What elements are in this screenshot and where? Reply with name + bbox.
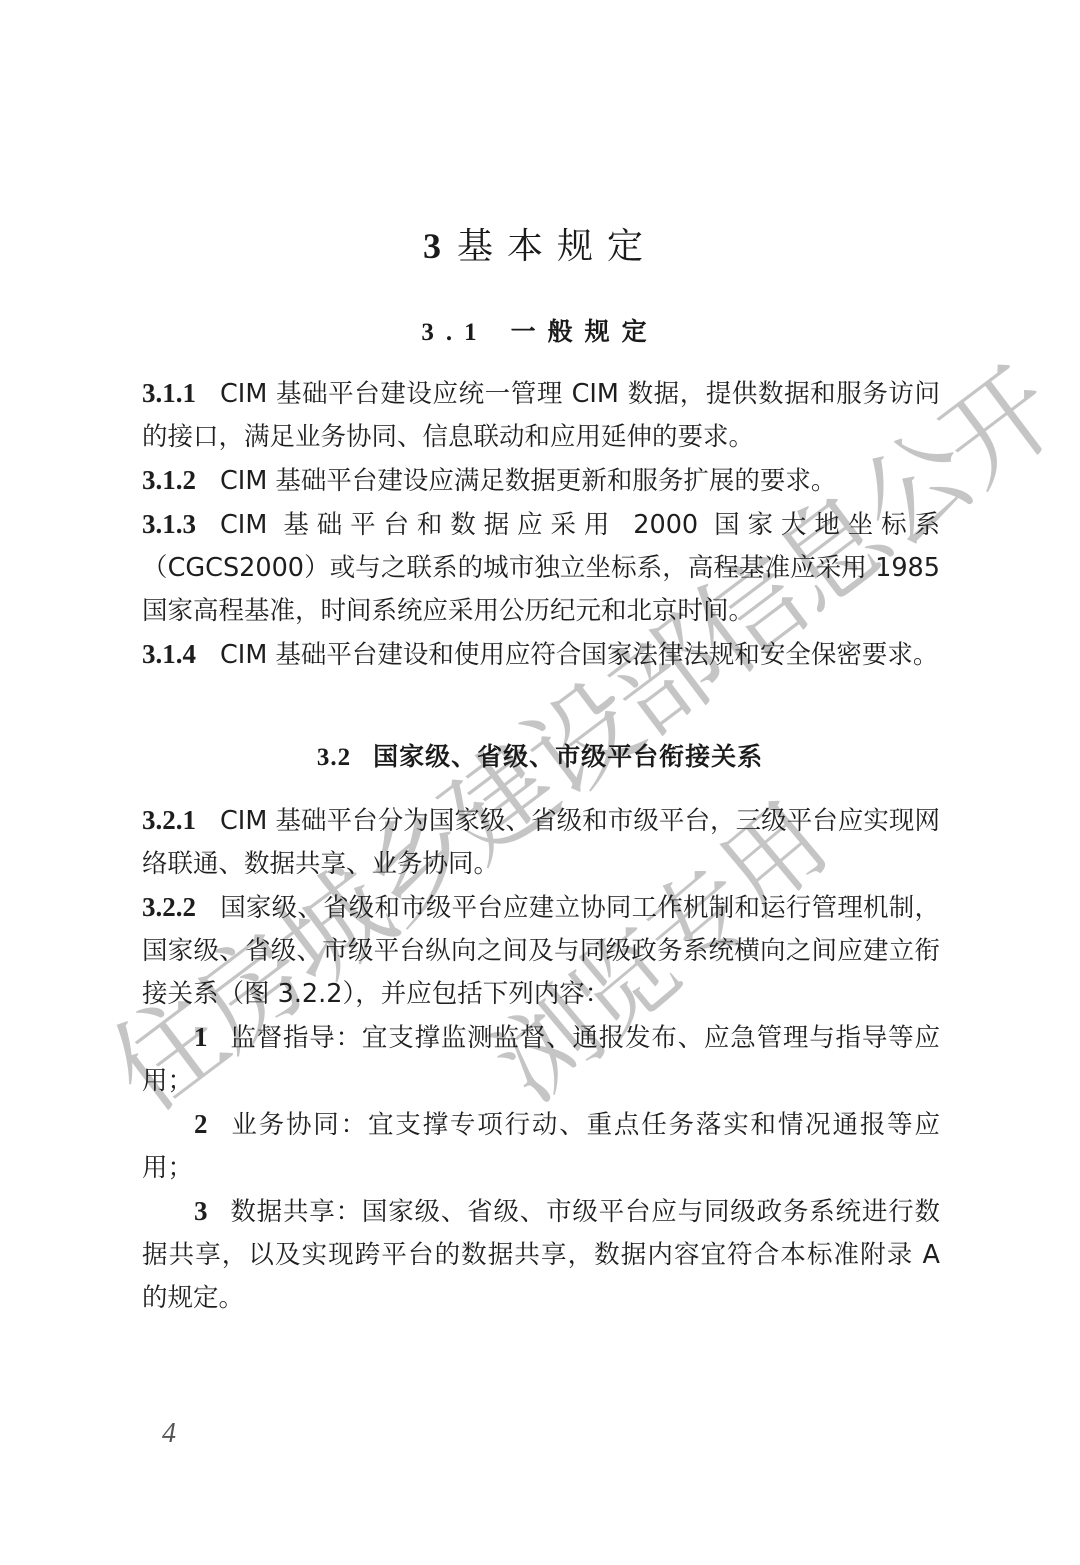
clause-3-1-1: 3.1.1CIM 基础平台建设应统一管理 CIM 数据，提供数据和服务访问的接口… — [142, 372, 940, 459]
clause-text: CIM 基础平台和数据应采用 2000 国家大地坐标系（CGCS2000）或与之… — [142, 510, 940, 626]
section-3-1-body: 3.1.1CIM 基础平台建设应统一管理 CIM 数据，提供数据和服务访问的接口… — [142, 372, 940, 677]
list-item-3: 3数据共享：国家级、省级、市级平台应与同级政务系统进行数据共享，以及实现跨平台的… — [142, 1190, 940, 1320]
chapter-title-text: 基本规定 — [457, 226, 657, 267]
item-number: 2 — [194, 1109, 208, 1139]
clause-number: 3.2.1 — [142, 805, 196, 835]
chapter-title: 3基本规定 — [0, 218, 1080, 269]
clause-text: 国家级、省级和市级平台应建立协同工作机制和运行管理机制，国家级、省级、市级平台纵… — [142, 893, 940, 1009]
section-3-2-body: 3.2.1CIM 基础平台分为国家级、省级和市级平台，三级平台应实现网络联通、数… — [142, 799, 940, 1320]
item-text: 业务协同：宜支撑专项行动、重点任务落实和情况通报等应用； — [142, 1110, 940, 1183]
item-text: 监督指导：宜支撑监测监督、通报发布、应急管理与指导等应用； — [142, 1023, 940, 1096]
document-page: 住房城乡建设部信息公开 浏览专用 3基本规定 3.1一般规定 3.1.1CIM … — [0, 0, 1080, 1565]
clause-text: CIM 基础平台分为国家级、省级和市级平台，三级平台应实现网络联通、数据共享、业… — [142, 806, 940, 879]
list-item-2: 2业务协同：宜支撑专项行动、重点任务落实和情况通报等应用； — [142, 1103, 940, 1190]
clause-text: CIM 基础平台建设应统一管理 CIM 数据，提供数据和服务访问的接口，满足业务… — [142, 379, 940, 452]
page-number: 4 — [162, 1418, 176, 1450]
section-number: 3.1 — [421, 319, 488, 346]
section-title-text: 一般规定 — [511, 317, 659, 346]
section-title-3-2: 3.2国家级、省级、市级平台衔接关系 — [0, 737, 1080, 773]
clause-number: 3.1.3 — [142, 509, 196, 539]
item-text: 数据共享：国家级、省级、市级平台应与同级政务系统进行数据共享，以及实现跨平台的数… — [142, 1197, 940, 1313]
section-title-3-1: 3.1一般规定 — [0, 312, 1080, 348]
clause-number: 3.1.4 — [142, 639, 196, 669]
section-title-text: 国家级、省级、市级平台衔接关系 — [373, 742, 763, 771]
list-item-1: 1监督指导：宜支撑监测监督、通报发布、应急管理与指导等应用； — [142, 1016, 940, 1103]
item-number: 1 — [194, 1022, 208, 1052]
clause-3-1-4: 3.1.4CIM 基础平台建设和使用应符合国家法律法规和安全保密要求。 — [142, 633, 940, 677]
chapter-number: 3 — [423, 226, 441, 266]
clause-3-2-2: 3.2.2国家级、省级和市级平台应建立协同工作机制和运行管理机制，国家级、省级、… — [142, 886, 940, 1016]
clause-text: CIM 基础平台建设和使用应符合国家法律法规和安全保密要求。 — [220, 640, 938, 670]
item-number: 3 — [194, 1196, 208, 1226]
clause-number: 3.1.2 — [142, 465, 196, 495]
clause-3-1-2: 3.1.2CIM 基础平台建设应满足数据更新和服务扩展的要求。 — [142, 459, 940, 503]
section-number: 3.2 — [317, 744, 351, 771]
clause-number: 3.1.1 — [142, 378, 196, 408]
clause-number: 3.2.2 — [142, 892, 196, 922]
clause-text: CIM 基础平台建设应满足数据更新和服务扩展的要求。 — [220, 466, 836, 496]
clause-3-2-1: 3.2.1CIM 基础平台分为国家级、省级和市级平台，三级平台应实现网络联通、数… — [142, 799, 940, 886]
clause-3-1-3: 3.1.3CIM 基础平台和数据应采用 2000 国家大地坐标系（CGCS200… — [142, 503, 940, 633]
